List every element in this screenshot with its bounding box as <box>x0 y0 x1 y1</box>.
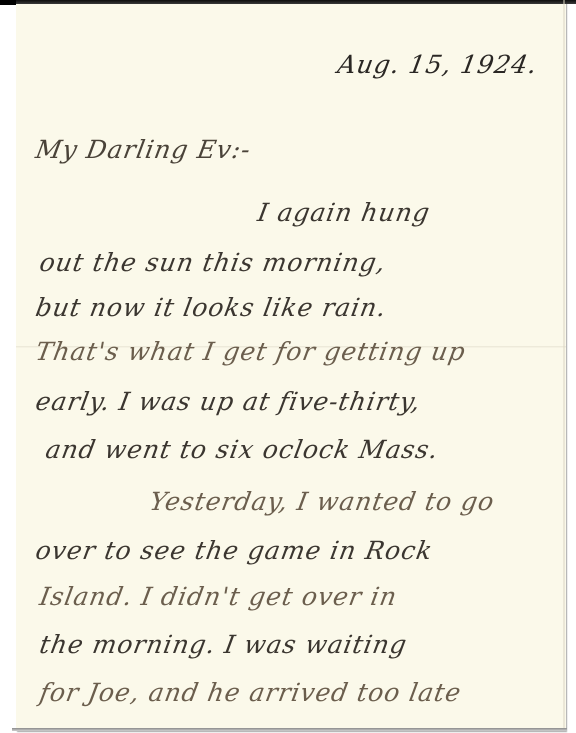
letter-line-1: I again hung <box>255 198 432 227</box>
paper-bottom-edge <box>12 728 567 731</box>
letter-line-6: and went to six oclock Mass. <box>43 435 441 464</box>
letter-salutation: My Darling Ev:- <box>33 135 253 164</box>
letter-line-5: early. I was up at five-thirty, <box>33 387 423 416</box>
letter-line-11: for Joe, and he arrived too late <box>37 678 463 707</box>
letter-line-3: but now it looks like rain. <box>33 293 389 322</box>
scan-top-shadow <box>0 0 576 4</box>
letter-line-10: the morning. I was waiting <box>37 630 409 659</box>
letter-date: Aug. 15, 1924. <box>335 50 539 79</box>
letter-line-9: Island. I didn't get over in <box>37 582 399 611</box>
paper-right-edge <box>563 0 565 730</box>
scanned-letter-page: Aug. 15, 1924. My Darling Ev:- I again h… <box>0 0 576 733</box>
letter-line-8: over to see the game in Rock <box>33 536 435 565</box>
letter-line-4: That's what I get for getting up <box>33 337 468 366</box>
scan-top-left-corner <box>0 0 16 5</box>
letter-line-2: out the sun this morning, <box>37 248 388 277</box>
letter-line-7: Yesterday, I wanted to go <box>147 487 497 516</box>
